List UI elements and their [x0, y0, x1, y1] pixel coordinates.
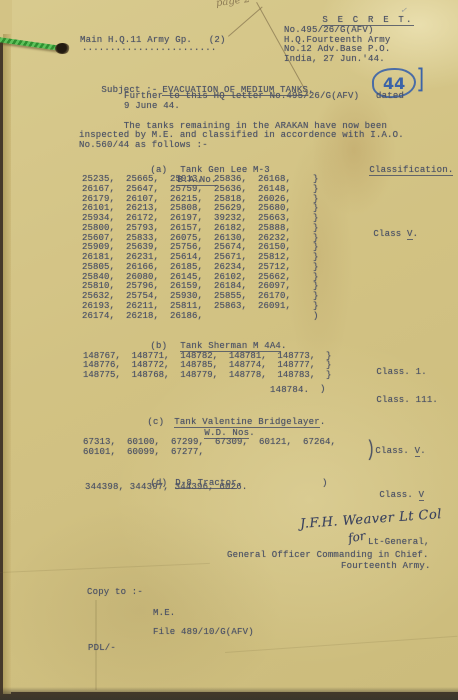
- paren-b: ): [320, 385, 326, 395]
- class-label-a: Class V.: [351, 220, 418, 249]
- copy-to-label: Copy to :-: [87, 588, 143, 598]
- page-number: 44: [383, 74, 405, 93]
- class-label-c: Class. V.: [353, 437, 426, 466]
- document-photo: page 2 ✓ 44 ] S E C R E T. No.495/26/G(A…: [0, 0, 458, 700]
- classification-column-header: Classification.: [347, 156, 453, 185]
- sender-dotted-underline: ........................: [82, 44, 216, 54]
- paper-top-left-corner: [0, 0, 12, 38]
- address-block: No.495/26/G(AFV)H.Q.Fourteenth ArmyNo.12…: [284, 26, 390, 64]
- class-label-d: Class. V: [357, 481, 424, 510]
- paren-d: ): [322, 479, 328, 489]
- class-label-b: Class. 1.: [354, 358, 427, 387]
- class-label-b2: Class. 111.: [354, 386, 438, 415]
- paragraph-1: Further to this HQ letter No.495/26/G(AF…: [124, 92, 404, 112]
- signature-title: General Officer Commanding in Chief.: [227, 551, 429, 561]
- wd-number-list: 67313, 60100, 67299, 67309, 60121, 67264…: [83, 438, 336, 458]
- tractor-number-list: 344398, 344397, 344396, 6026.: [85, 483, 247, 493]
- underlying-page-edge: [3, 34, 11, 694]
- copy-to-recipients: M.E.File 489/10/G(AFV): [153, 604, 254, 641]
- paragraph-2: The tanks remaining in the ARAKAN have n…: [79, 122, 404, 150]
- punch-hole: [55, 43, 70, 54]
- sherman-number-list: 148767, 148771, 148782, 148781, 148773, …: [83, 352, 331, 380]
- signature-army: Fourteenth Army.: [341, 562, 431, 572]
- typist-reference: PDL/-: [88, 644, 116, 654]
- ba-number-list: 25235, 25665, 25913, 25836, 26168, }2616…: [82, 175, 319, 321]
- pen-bracket: ]: [416, 64, 424, 95]
- extra-number: 148784.: [270, 386, 309, 396]
- handwritten-for-mark: for: [347, 529, 367, 546]
- paper-bottom-edge: [0, 687, 458, 700]
- signature-rank: Lt-General,: [368, 538, 430, 548]
